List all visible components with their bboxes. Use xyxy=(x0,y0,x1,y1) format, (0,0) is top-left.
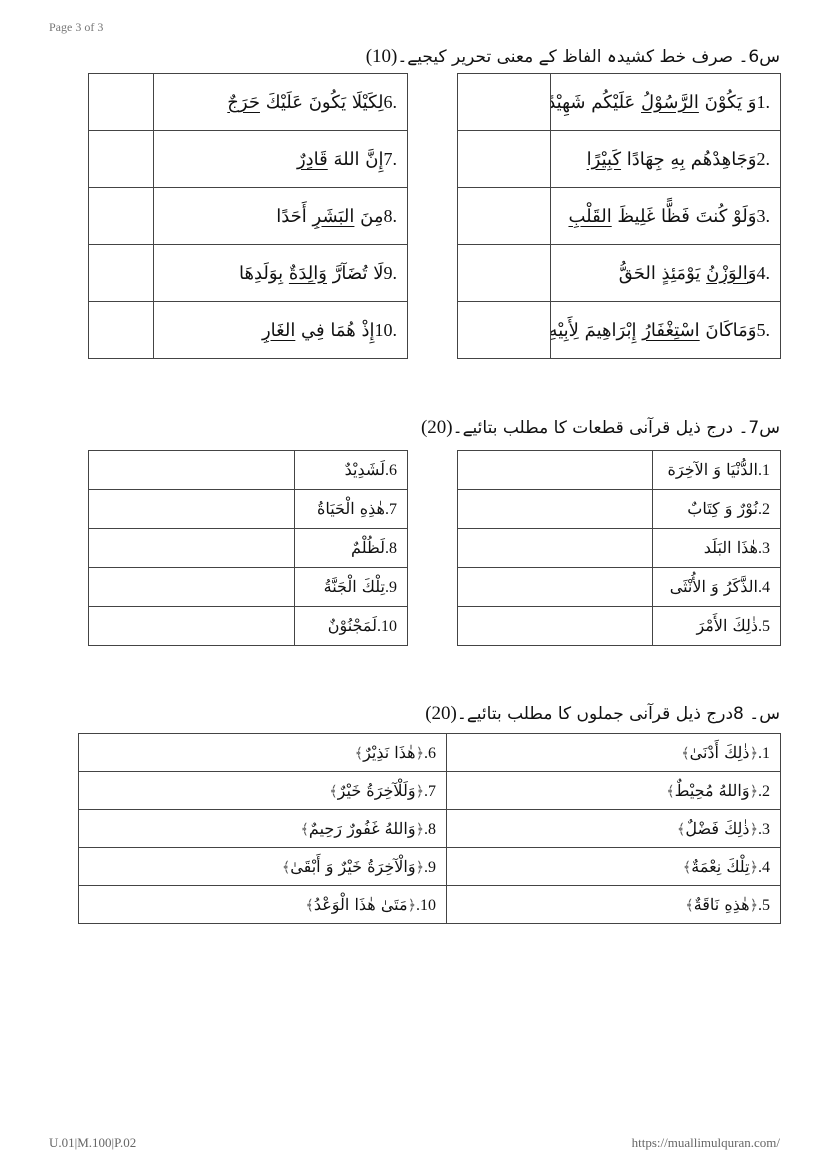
question-7-row: 9.تِلْكَ الْجَنَّةُ xyxy=(89,568,408,607)
answer-cell[interactable] xyxy=(89,302,154,359)
item-text: وَلَوْ كُنتَ فَظًّا غَلِيظَ xyxy=(612,206,757,227)
question-7-item: 4.الذَّكَرُ وَ الأُنْثَى xyxy=(653,568,781,607)
question-7-item: 5.ذٰلِكَ الأَمْرَ xyxy=(653,607,781,646)
item-text: وَلَلْآخِرَةُ خَيْرٌ xyxy=(338,781,416,800)
question-7-table-right: 1.الدُّنْيَا وَ الآخِرَة2.نُوْرٌ وَ كِتَ… xyxy=(457,450,781,646)
item-text: هٰذِهِ نَاقَةٌ xyxy=(694,895,750,914)
item-text: ذٰلِكَ أَدْنَىٰ xyxy=(690,743,750,762)
ornate-bracket-close-icon: ﴾ xyxy=(683,860,691,876)
underlined-word: الغَارِ xyxy=(262,320,295,341)
item-number: 9. xyxy=(385,579,397,596)
ornate-bracket-open-icon: ﴿ xyxy=(750,746,758,762)
item-text: أَحَدًا xyxy=(276,206,312,227)
item-number: 8. xyxy=(384,206,398,226)
item-number: 1. xyxy=(758,745,770,762)
question-6-row: 6.لِكَيْلَا يَكُونَ عَلَيْكَ حَرَجٌ xyxy=(89,74,408,131)
question-7-row: 8.لَظُلْمٌ xyxy=(89,529,408,568)
answer-cell[interactable] xyxy=(89,529,295,568)
item-number: 7. xyxy=(424,783,436,800)
answer-cell[interactable] xyxy=(458,74,551,131)
ornate-bracket-close-icon: ﴾ xyxy=(666,784,674,800)
item-text: مِنَ xyxy=(354,206,383,227)
item-number: 9. xyxy=(424,859,436,876)
question-7-item: 2.نُوْرٌ وَ كِتَابٌ xyxy=(653,490,781,529)
item-number: 10. xyxy=(377,618,397,635)
item-text: ذٰلِكَ الأَمْرَ xyxy=(696,616,758,635)
ornate-bracket-close-icon: ﴾ xyxy=(685,898,693,914)
item-text: تِلْكَ الْجَنَّةُ xyxy=(324,577,385,596)
answer-cell[interactable] xyxy=(89,607,295,646)
page-number-label: Page 3 of 3 xyxy=(49,20,103,35)
question-6-table-right: 1.وَ يَكُوْنَ الرَّسُوْلُ عَلَيْكُم شَهِ… xyxy=(457,73,781,359)
footer-url[interactable]: https://muallimulquran.com/ xyxy=(632,1135,780,1151)
question-8-item[interactable]: 1.﴿ذٰلِكَ أَدْنَىٰ﴾ xyxy=(447,734,781,772)
question-8-item[interactable]: 2.﴿وَاللهُ مُحِيْطٌ﴾ xyxy=(447,772,781,810)
question-7-item: 1.الدُّنْيَا وَ الآخِرَة xyxy=(653,451,781,490)
item-text: الدُّنْيَا وَ الآخِرَة xyxy=(668,460,758,479)
item-text: الذَّكَرُ وَ الأُنْثَى xyxy=(670,577,758,596)
item-number: 10. xyxy=(375,320,398,340)
question-8-row: 1.﴿ذٰلِكَ أَدْنَىٰ﴾6.﴿هٰذَا نَذِيْرٌ﴾ xyxy=(79,734,781,772)
item-text: إِذْ هُمَا فِي xyxy=(295,320,374,341)
item-text: لِكَيْلَا يَكُونَ عَلَيْكَ xyxy=(260,92,384,113)
ornate-bracket-open-icon: ﴿ xyxy=(750,898,758,914)
item-number: 2. xyxy=(757,149,771,169)
item-number: 3. xyxy=(758,821,770,838)
question-7-row: 4.الذَّكَرُ وَ الأُنْثَى xyxy=(458,568,781,607)
item-text: هٰذَا البَلَد xyxy=(704,538,758,557)
item-number: 6. xyxy=(385,462,397,479)
question-8-marks: (20) xyxy=(425,703,457,724)
underlined-word: القَلْبِ xyxy=(568,206,611,227)
item-number: 2. xyxy=(758,501,770,518)
question-7-title: س7۔ درج ذیل قرآنی قطعات کا مطلب بتائیے۔(… xyxy=(421,417,780,439)
question-6-row: 10.إِذْ هُمَا فِي الغَارِ xyxy=(89,302,408,359)
answer-cell[interactable] xyxy=(458,302,551,359)
item-number: 3. xyxy=(758,540,770,557)
question-7-item: 9.تِلْكَ الْجَنَّةُ xyxy=(295,568,408,607)
ornate-bracket-close-icon: ﴾ xyxy=(329,784,337,800)
question-6-row: 4.وَالوَزْنُ يَوْمَئِذٍ الحَقُّ xyxy=(458,245,781,302)
answer-cell[interactable] xyxy=(89,451,295,490)
underlined-word: كَبِيْرًا xyxy=(587,149,621,170)
item-number: 10. xyxy=(416,897,436,914)
item-number: 6. xyxy=(424,745,436,762)
question-6-item: 10.إِذْ هُمَا فِي الغَارِ xyxy=(154,302,408,359)
item-number: 4. xyxy=(758,579,770,596)
question-8-text: س۔ 8درج ذیل قرآنی جملوں کا مطلب بتائیے۔ xyxy=(457,704,780,724)
ornate-bracket-close-icon: ﴾ xyxy=(355,746,363,762)
answer-cell[interactable] xyxy=(458,568,653,607)
question-7-row: 7.هٰذِهِ الْحَيَاةُ xyxy=(89,490,408,529)
item-number: 7. xyxy=(384,149,398,169)
ornate-bracket-close-icon: ﴾ xyxy=(681,746,689,762)
question-6-row: 8.مِنَ البَشَرِ أَحَدًا xyxy=(89,188,408,245)
item-number: 6. xyxy=(384,92,398,112)
question-8-item[interactable]: 3.﴿ذٰلِكَ فَضْلٌ﴾ xyxy=(447,810,781,848)
question-7-item: 10.لَمَجْنُوْنٌ xyxy=(295,607,408,646)
question-8-item[interactable]: 4.﴿تِلْكَ نِعْمَةٌ﴾ xyxy=(447,848,781,886)
question-7-row: 1.الدُّنْيَا وَ الآخِرَة xyxy=(458,451,781,490)
answer-cell[interactable] xyxy=(89,74,154,131)
question-6-item: 3.وَلَوْ كُنتَ فَظًّا غَلِيظَ القَلْبِ xyxy=(551,188,781,245)
item-text: وَجَاهِدْهُم بِهِ جِهَادًا xyxy=(621,149,756,170)
ornate-bracket-open-icon: ﴿ xyxy=(416,822,424,838)
question-6-row: 5.وَمَاكَانَ اسْتِغْفَارُ إِبْرَاهِيمَ ل… xyxy=(458,302,781,359)
underlined-word: قَادِرٌ xyxy=(297,149,328,170)
answer-cell[interactable] xyxy=(89,568,295,607)
answer-cell[interactable] xyxy=(458,451,653,490)
item-text: وَاللهُ غَفُورٌ رَحِيمٌ xyxy=(309,819,416,838)
question-7-row: 5.ذٰلِكَ الأَمْرَ xyxy=(458,607,781,646)
item-text: لَظُلْمٌ xyxy=(351,538,385,557)
question-8-row: 3.﴿ذٰلِكَ فَضْلٌ﴾8.﴿وَاللهُ غَفُورٌ رَحِ… xyxy=(79,810,781,848)
item-text: ذٰلِكَ فَضْلٌ xyxy=(685,819,749,838)
ornate-bracket-open-icon: ﴿ xyxy=(416,784,424,800)
answer-cell[interactable] xyxy=(89,490,295,529)
question-7-text: س7۔ درج ذیل قرآنی قطعات کا مطلب بتائیے۔ xyxy=(453,418,780,438)
item-text: لَمَجْنُوْنٌ xyxy=(328,616,377,635)
question-6-item: 5.وَمَاكَانَ اسْتِغْفَارُ إِبْرَاهِيمَ ل… xyxy=(551,302,781,359)
question-8-item[interactable]: 5.﴿هٰذِهِ نَاقَةٌ﴾ xyxy=(447,886,781,924)
question-6-title: س6۔ صرف خط کشیدہ الفاظ کے معنی تحریر کیج… xyxy=(366,46,780,68)
question-8-title: س۔ 8درج ذیل قرآنی جملوں کا مطلب بتائیے۔(… xyxy=(425,703,780,725)
question-7-item: 7.هٰذِهِ الْحَيَاةُ xyxy=(295,490,408,529)
answer-cell[interactable] xyxy=(458,188,551,245)
question-6-item: 8.مِنَ البَشَرِ أَحَدًا xyxy=(154,188,408,245)
question-6-row: 9.لَا تُضَآرَّ وَالِدَةٌ بِوَلَدِهَا xyxy=(89,245,408,302)
item-text: وَمَاكَانَ xyxy=(700,320,757,341)
question-7-row: 6.لَشَدِيْدٌ xyxy=(89,451,408,490)
answer-cell[interactable] xyxy=(458,529,653,568)
underlined-word: الرَّسُوْلُ xyxy=(641,92,699,113)
item-text: وَالْآخِرَةُ خَيْرٌ وَ أَبْقَىٰ xyxy=(290,857,415,876)
question-6-marks: (10) xyxy=(366,46,398,67)
item-text: إِبْرَاهِيمَ لِأَبِيْهِ xyxy=(551,320,643,341)
question-8-item[interactable]: 8.﴿وَاللهُ غَفُورٌ رَحِيمٌ﴾ xyxy=(79,810,447,848)
answer-cell[interactable] xyxy=(89,188,154,245)
item-text: هٰذِهِ الْحَيَاةُ xyxy=(317,499,385,518)
question-7-item: 8.لَظُلْمٌ xyxy=(295,529,408,568)
underlined-word: وَالِدَةٌ xyxy=(289,263,327,284)
item-number: 1. xyxy=(757,92,771,112)
question-7-row: 2.نُوْرٌ وَ كِتَابٌ xyxy=(458,490,781,529)
answer-cell[interactable] xyxy=(458,131,551,188)
ornate-bracket-open-icon: ﴿ xyxy=(416,746,424,762)
ornate-bracket-open-icon: ﴿ xyxy=(750,822,758,838)
question-8-item[interactable]: 10.﴿مَتَىٰ هٰذَا الْوَعْدُ﴾ xyxy=(79,886,447,924)
item-text: هٰذَا نَذِيْرٌ xyxy=(363,743,416,762)
footer-code: U.01|M.100|P.02 xyxy=(49,1135,136,1151)
item-number: 5. xyxy=(757,320,771,340)
item-number: 9. xyxy=(384,263,398,283)
underlined-word: اسْتِغْفَارُ xyxy=(642,320,699,341)
question-6-item: 6.لِكَيْلَا يَكُونَ عَلَيْكَ حَرَجٌ xyxy=(154,74,408,131)
item-text: عَلَيْكُم شَهِيْدًا xyxy=(551,92,642,113)
item-number: 8. xyxy=(424,821,436,838)
item-number: 2. xyxy=(758,783,770,800)
question-6-row: 7.إِنَّ اللهَ قَادِرٌ xyxy=(89,131,408,188)
question-7-item: 6.لَشَدِيْدٌ xyxy=(295,451,408,490)
question-6-row: 1.وَ يَكُوْنَ الرَّسُوْلُ عَلَيْكُم شَهِ… xyxy=(458,74,781,131)
item-text: لَا تُضَآرَّ xyxy=(327,263,384,284)
item-text: تِلْكَ نِعْمَةٌ xyxy=(691,857,749,876)
answer-cell[interactable] xyxy=(458,245,551,302)
question-6-table-left: 6.لِكَيْلَا يَكُونَ عَلَيْكَ حَرَجٌ7.إِن… xyxy=(88,73,408,359)
underlined-word: البَشَرِ xyxy=(313,206,355,227)
underlined-word: حَرَجٌ xyxy=(227,92,260,113)
question-8-row: 2.﴿وَاللهُ مُحِيْطٌ﴾7.﴿وَلَلْآخِرَةُ خَي… xyxy=(79,772,781,810)
question-8-table: 1.﴿ذٰلِكَ أَدْنَىٰ﴾6.﴿هٰذَا نَذِيْرٌ﴾2.﴿… xyxy=(78,733,781,924)
item-number: 4. xyxy=(758,859,770,876)
question-7-marks: (20) xyxy=(421,417,453,438)
item-text: يَوْمَئِذٍ الحَقُّ xyxy=(619,263,706,284)
item-number: 8. xyxy=(385,540,397,557)
question-8-item[interactable]: 6.﴿هٰذَا نَذِيْرٌ﴾ xyxy=(79,734,447,772)
ornate-bracket-open-icon: ﴿ xyxy=(416,860,424,876)
ornate-bracket-open-icon: ﴿ xyxy=(750,784,758,800)
ornate-bracket-open-icon: ﴿ xyxy=(408,898,416,914)
question-6-item: 2.وَجَاهِدْهُم بِهِ جِهَادًا كَبِيْرًا xyxy=(551,131,781,188)
question-7-row: 10.لَمَجْنُوْنٌ xyxy=(89,607,408,646)
item-text: بِوَلَدِهَا xyxy=(239,263,289,284)
item-number: 5. xyxy=(758,618,770,635)
question-8-item[interactable]: 7.﴿وَلَلْآخِرَةُ خَيْرٌ﴾ xyxy=(79,772,447,810)
item-text: وَ يَكُوْنَ xyxy=(699,92,757,113)
ornate-bracket-close-icon: ﴾ xyxy=(300,822,308,838)
item-text: لَشَدِيْدٌ xyxy=(345,460,385,479)
question-6-item: 7.إِنَّ اللهَ قَادِرٌ xyxy=(154,131,408,188)
underlined-word: الوَزْنُ xyxy=(706,263,748,284)
answer-cell[interactable] xyxy=(458,490,653,529)
question-6-item: 9.لَا تُضَآرَّ وَالِدَةٌ بِوَلَدِهَا xyxy=(154,245,408,302)
item-text: إِنَّ اللهَ xyxy=(328,149,384,170)
item-number: 5. xyxy=(758,897,770,914)
question-7-item: 3.هٰذَا البَلَد xyxy=(653,529,781,568)
ornate-bracket-close-icon: ﴾ xyxy=(305,898,313,914)
item-text: مَتَىٰ هٰذَا الْوَعْدُ xyxy=(314,895,408,914)
answer-cell[interactable] xyxy=(458,607,653,646)
question-8-row: 4.﴿تِلْكَ نِعْمَةٌ﴾9.﴿وَالْآخِرَةُ خَيْر… xyxy=(79,848,781,886)
question-8-item[interactable]: 9.﴿وَالْآخِرَةُ خَيْرٌ وَ أَبْقَىٰ﴾ xyxy=(79,848,447,886)
question-6-row: 2.وَجَاهِدْهُم بِهِ جِهَادًا كَبِيْرًا xyxy=(458,131,781,188)
item-number: 7. xyxy=(385,501,397,518)
question-7-table-left: 6.لَشَدِيْدٌ7.هٰذِهِ الْحَيَاةُ8.لَظُلْم… xyxy=(88,450,408,646)
question-7-row: 3.هٰذَا البَلَد xyxy=(458,529,781,568)
item-number: 3. xyxy=(757,206,771,226)
question-6-item: 1.وَ يَكُوْنَ الرَّسُوْلُ عَلَيْكُم شَهِ… xyxy=(551,74,781,131)
item-text: وَاللهُ مُحِيْطٌ xyxy=(675,781,750,800)
question-6-text: س6۔ صرف خط کشیدہ الفاظ کے معنی تحریر کیج… xyxy=(397,47,780,67)
ornate-bracket-open-icon: ﴿ xyxy=(750,860,758,876)
item-text: وَ xyxy=(748,263,757,284)
item-text: نُوْرٌ وَ كِتَابٌ xyxy=(687,499,758,518)
item-number: 1. xyxy=(758,462,770,479)
answer-cell[interactable] xyxy=(89,245,154,302)
question-8-row: 5.﴿هٰذِهِ نَاقَةٌ﴾10.﴿مَتَىٰ هٰذَا الْوَ… xyxy=(79,886,781,924)
answer-cell[interactable] xyxy=(89,131,154,188)
question-6-row: 3.وَلَوْ كُنتَ فَظًّا غَلِيظَ القَلْبِ xyxy=(458,188,781,245)
item-number: 4. xyxy=(757,263,771,283)
question-6-item: 4.وَالوَزْنُ يَوْمَئِذٍ الحَقُّ xyxy=(551,245,781,302)
